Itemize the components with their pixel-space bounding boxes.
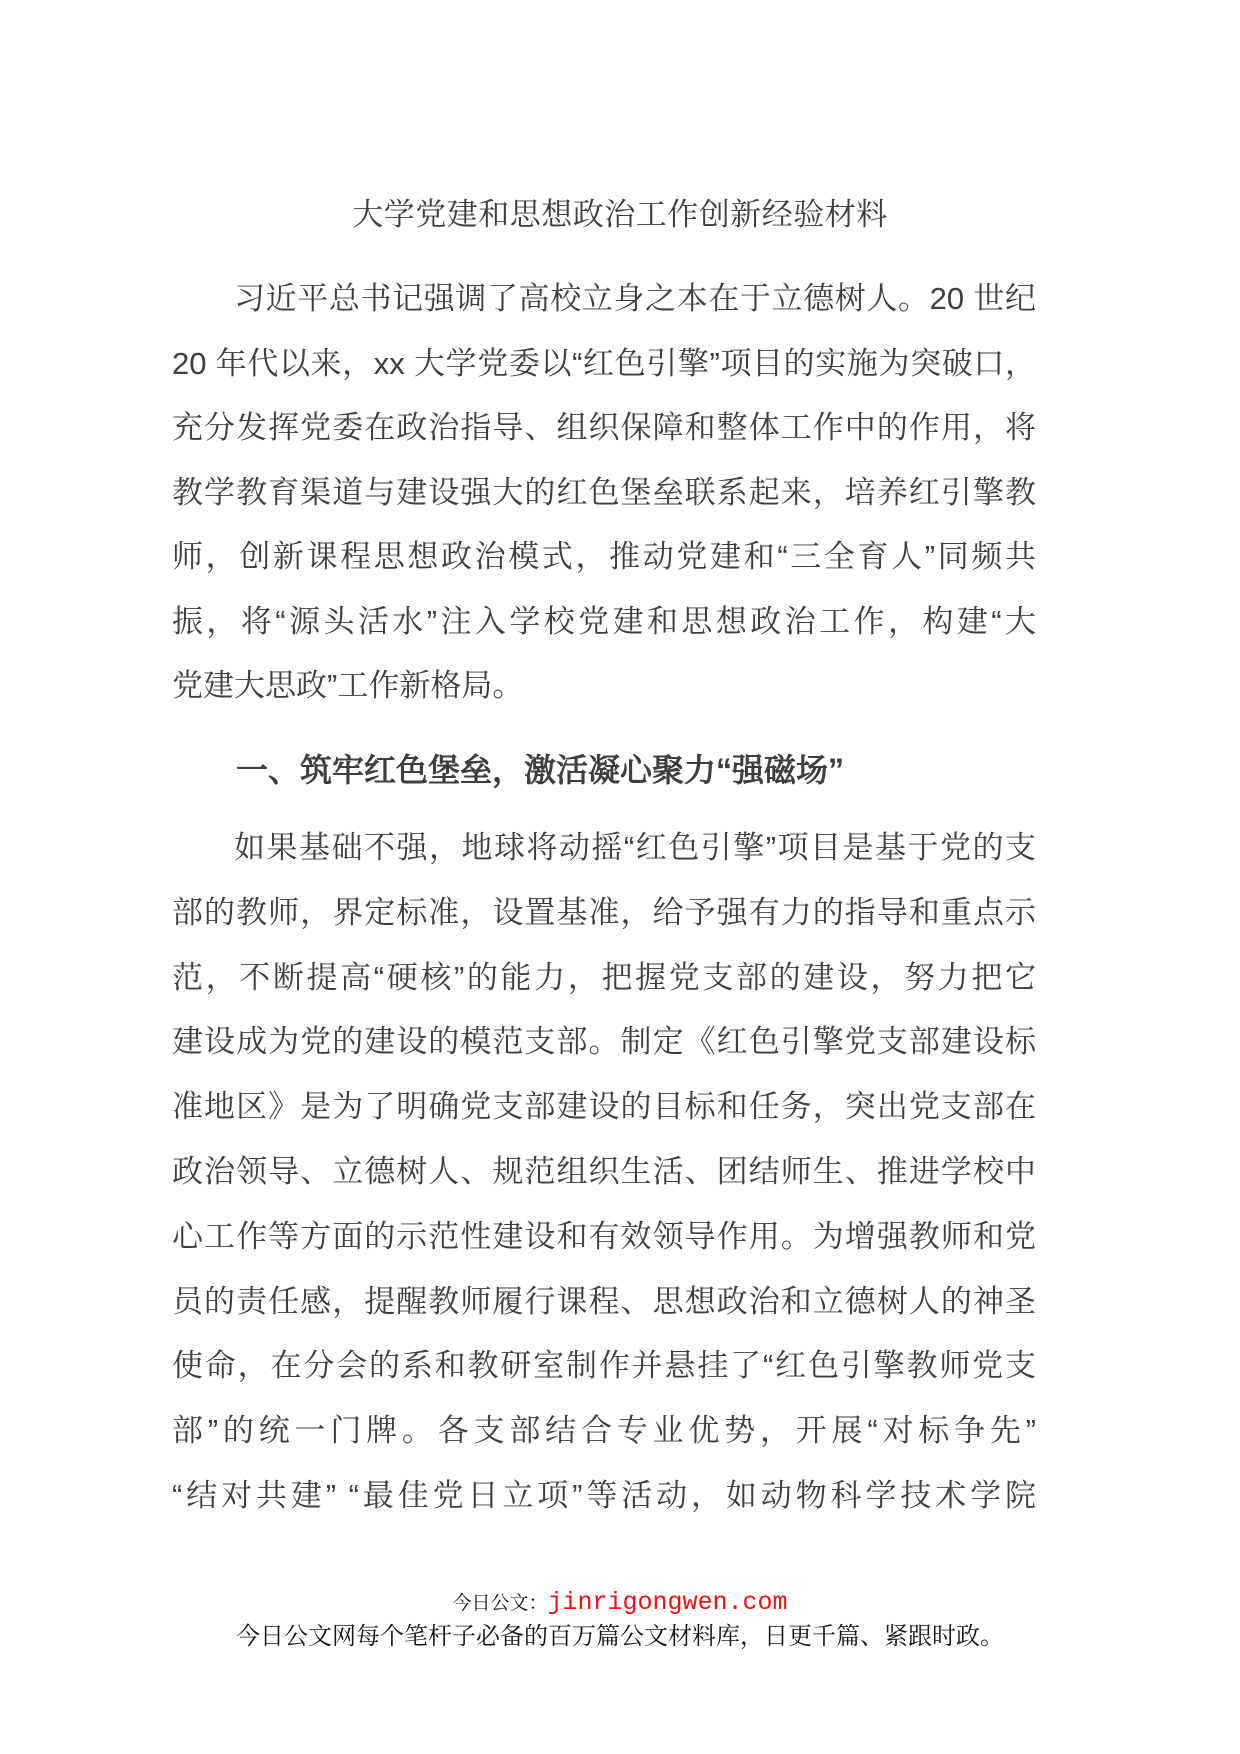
text-line: 振，将“源头活水”注入学校党建和思想政治工作，构建“大	[172, 590, 1036, 655]
text-line: “结对共建” “最佳党日立项”等活动，如动物科学技术学院	[172, 1464, 1036, 1529]
section-heading: 一、筑牢红色堡垒，激活凝心聚力“强磁场”	[172, 736, 1072, 804]
text-line: 党建大思政”工作新格局。	[172, 654, 1036, 719]
footer-site-line: 今日公文：jinrigongwen.com	[0, 1587, 1240, 1620]
text-line: 习近平总书记强调了高校立身之本在于立德树人。20 世纪	[172, 267, 1036, 332]
document-title: 大学党建和思想政治工作创新经验材料	[0, 196, 1240, 234]
text-line: 如果基础不强，地球将动摇“红色引擎”项目是基于党的支	[172, 816, 1036, 881]
text-line: 心工作等方面的示范性建设和有效领导作用。为增强教师和党	[172, 1205, 1036, 1270]
text-line: 准地区》是为了明确党支部建设的目标和任务，突出党支部在	[172, 1075, 1036, 1140]
text-line: 20 年代以来，xx 大学党委以“红色引擎”项目的实施为突破口，	[172, 332, 1036, 397]
intro-paragraph: 习近平总书记强调了高校立身之本在于立德树人。20 世纪20 年代以来，xx 大学…	[172, 267, 1036, 719]
section-paragraph: 如果基础不强，地球将动摇“红色引擎”项目是基于党的支部的教师，界定标准，设置基准…	[172, 816, 1036, 1529]
text-line: 教学教育渠道与建设强大的红色堡垒联系起来，培养红引擎教	[172, 461, 1036, 526]
page-footer: 今日公文：jinrigongwen.com 今日公文网每个笔杆子必备的百万篇公文…	[0, 1587, 1240, 1652]
document-page: 大学党建和思想政治工作创新经验材料 习近平总书记强调了高校立身之本在于立德树人。…	[0, 0, 1240, 1754]
text-line: 师，创新课程思想政治模式，推动党建和“三全育人”同频共	[172, 525, 1036, 590]
footer-site-url[interactable]: jinrigongwen.com	[547, 1588, 787, 1617]
text-line: 政治领导、立德树人、规范组织生活、团结师生、推进学校中	[172, 1140, 1036, 1205]
text-line: 部”的统一门牌。各支部结合专业优势，开展“对标争先”	[172, 1399, 1036, 1464]
text-line: 员的责任感，提醒教师履行课程、思想政治和立德树人的神圣	[172, 1270, 1036, 1335]
text-line: 建设成为党的建设的模范支部。制定《红色引擎党支部建设标	[172, 1010, 1036, 1075]
text-line: 充分发挥党委在政治指导、组织保障和整体工作中的作用，将	[172, 396, 1036, 461]
text-line: 范，不断提高“硬核”的能力，把握党支部的建设，努力把它	[172, 946, 1036, 1011]
text-line: 部的教师，界定标准，设置基准，给予强有力的指导和重点示	[172, 881, 1036, 946]
footer-brand-label: 今日公文：	[452, 1593, 547, 1614]
text-line: 使命，在分会的系和教研室制作并悬挂了“红色引擎教师党支	[172, 1334, 1036, 1399]
footer-tagline: 今日公文网每个笔杆子必备的百万篇公文材料库，日更千篇、紧跟时政。	[0, 1622, 1240, 1652]
